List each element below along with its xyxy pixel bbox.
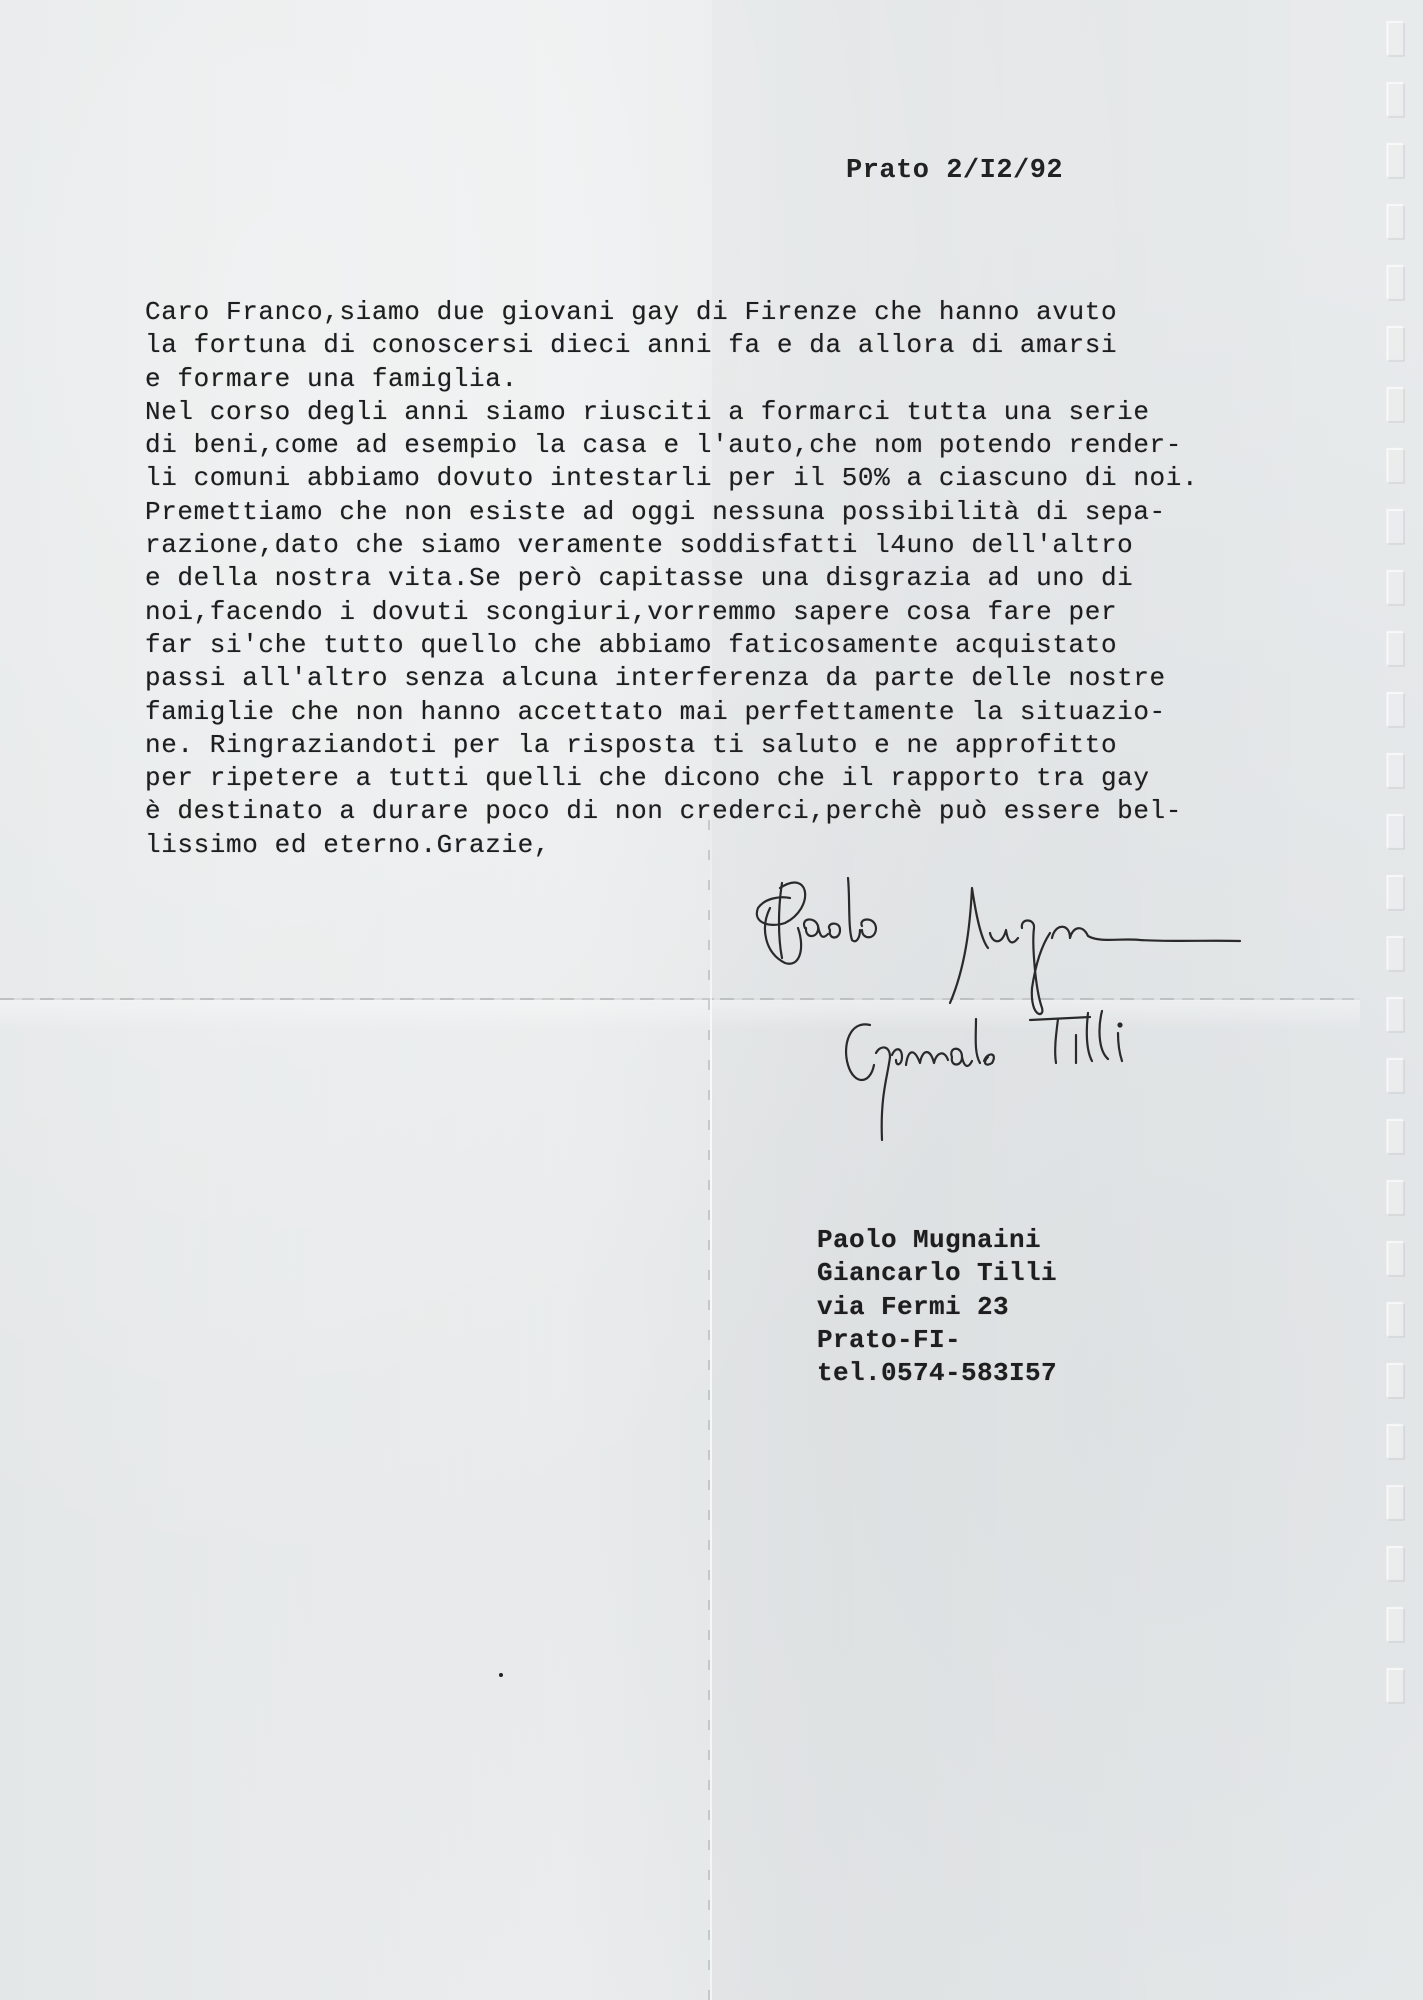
body-line: e della nostra vita.Se però capitasse un… (145, 562, 1285, 595)
body-line: famiglie che non hanno accettato mai per… (145, 696, 1285, 729)
address-line-street: via Fermi 23 (817, 1291, 1057, 1324)
body-line: e formare una famiglia. (145, 363, 1285, 396)
letter-body: Caro Franco,siamo due giovani gay di Fir… (145, 296, 1285, 862)
body-line: ne. Ringraziandoti per la risposta ti sa… (145, 729, 1285, 762)
letter-page: ▮▮▮▮▮▮▮▮▮▮▮▮▮▮▮▮▮▮▮▮▮▮▮▮▮▮▮▮ Prato 2/I2/… (0, 0, 1423, 2000)
sender-address-block: Paolo Mugnaini Giancarlo Tilli via Fermi… (817, 1224, 1057, 1390)
date-line: Prato 2/I2/92 (846, 156, 1063, 186)
body-line: razione,dato che siamo veramente soddisf… (145, 529, 1285, 562)
body-line: la fortuna di conoscersi dieci anni fa e… (145, 329, 1285, 362)
body-line: noi,facendo i dovuti scongiuri,vorremmo … (145, 596, 1285, 629)
body-line: far si'che tutto quello che abbiamo fati… (145, 629, 1285, 662)
address-line-name-2: Giancarlo Tilli (817, 1257, 1057, 1290)
body-line: li comuni abbiamo dovuto intestarli per … (145, 462, 1285, 495)
signature-giancarlo-tilli: Giancarlo Tilli (840, 1005, 1180, 1145)
vertical-fold-line (710, 820, 712, 2000)
address-line-name-1: Paolo Mugnaini (817, 1224, 1057, 1257)
embossed-watermark-icon: ▮▮▮▮▮▮▮▮▮▮▮▮▮▮▮▮▮▮▮▮▮▮▮▮▮▮▮▮ (1351, 10, 1421, 2000)
body-line: Nel corso degli anni siamo riusciti a fo… (145, 396, 1285, 429)
body-line: è destinato a durare poco di non crederc… (145, 795, 1285, 828)
ink-speck (499, 1673, 503, 1677)
body-line: Caro Franco,siamo due giovani gay di Fir… (145, 296, 1285, 329)
body-line: passi all'altro senza alcuna interferenz… (145, 662, 1285, 695)
body-line: Premettiamo che non esiste ad oggi nessu… (145, 496, 1285, 529)
body-line: per ripetere a tutti quelli che dicono c… (145, 762, 1285, 795)
address-line-phone: tel.0574-583I57 (817, 1357, 1057, 1390)
address-line-city: Prato-FI- (817, 1324, 1057, 1357)
body-line: lissimo ed eterno.Grazie, (145, 829, 1285, 862)
handwritten-signature-icon (840, 1005, 1180, 1145)
body-line: di beni,come ad esempio la casa e l'auto… (145, 429, 1285, 462)
